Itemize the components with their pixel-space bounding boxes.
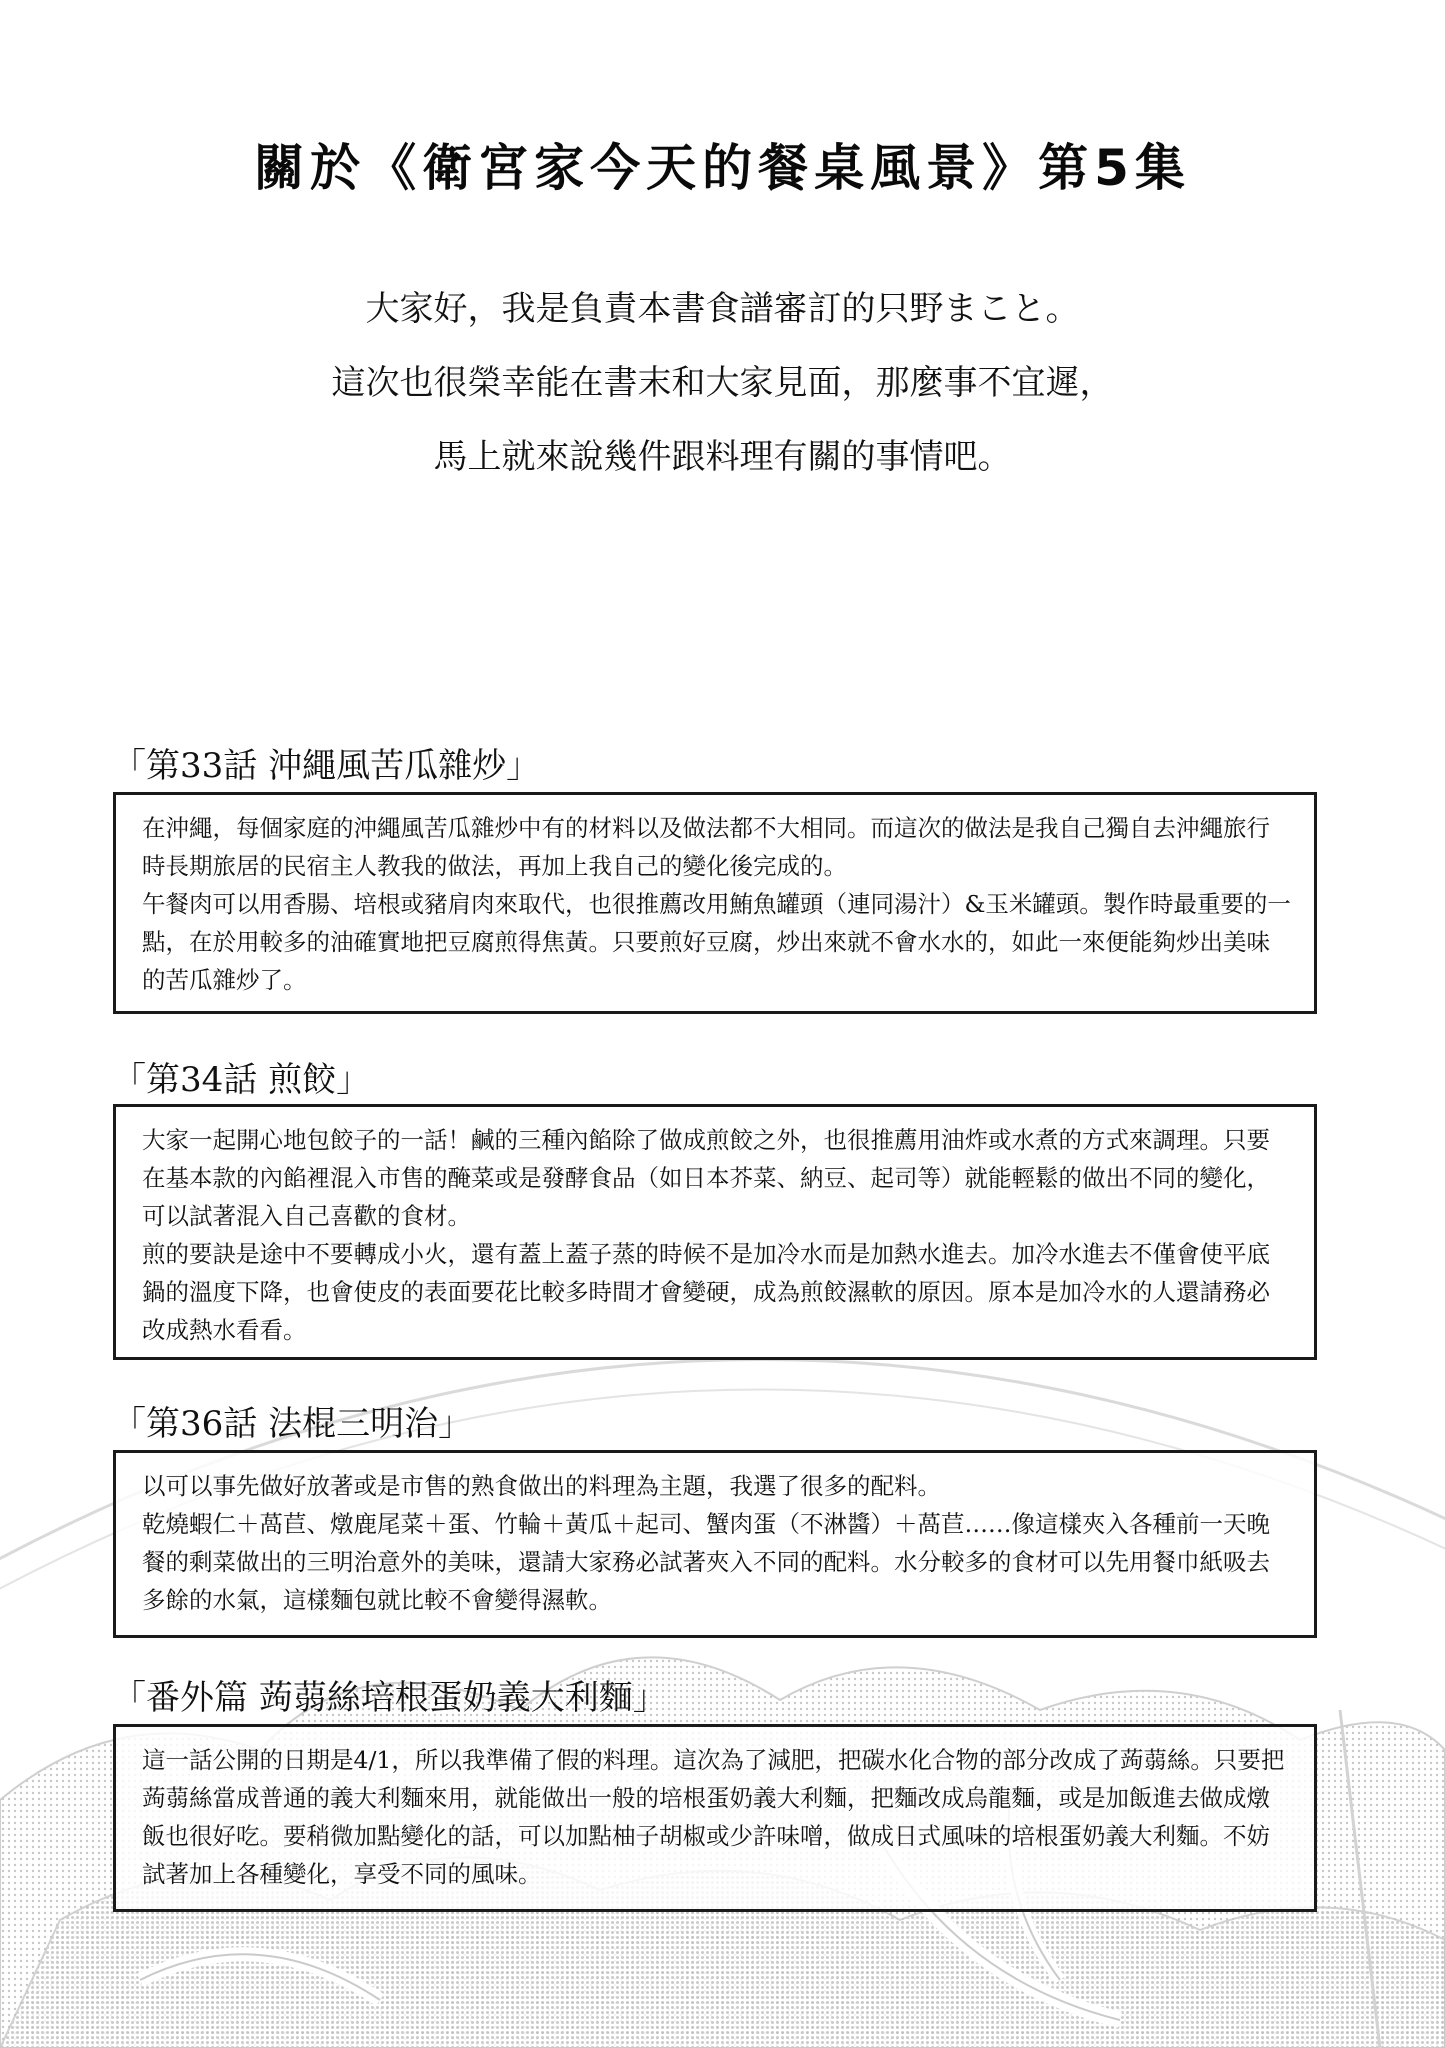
intro-line: 這次也很榮幸能在書末和大家見面，那麼事不宜遲，: [0, 346, 1445, 420]
section-heading-episode-33: 「第33話 沖繩風苦瓜雜炒」: [112, 738, 540, 787]
section-paragraph: 乾燒蝦仁＋萵苣、燉鹿尾菜＋蛋、竹輪＋黃瓜＋起司、蟹肉蛋（不淋醬）＋萵苣……像這樣…: [142, 1505, 1292, 1619]
section-heading-episode-36: 「第36話 法棍三明治」: [112, 1396, 472, 1445]
section-box-episode-34: 大家一起開心地包餃子的一話！鹹的三種內餡除了做成煎餃之外，也很推薦用油炸或水煮的…: [113, 1104, 1317, 1360]
section-box-extra-episode: 這一話公開的日期是4/1，所以我準備了假的料理。這次為了減肥，把碳水化合物的部分…: [113, 1724, 1317, 1912]
section-paragraph: 以可以事先做好放著或是市售的熟食做出的料理為主題，我選了很多的配料。: [142, 1467, 1292, 1505]
section-paragraph: 午餐肉可以用香腸、培根或豬肩肉來取代，也很推薦改用鮪魚罐頭（連同湯汁）&玉米罐頭…: [142, 885, 1292, 999]
section-heading-episode-34: 「第34話 煎餃」: [112, 1052, 370, 1101]
intro-line: 大家好，我是負責本書食譜審訂的只野まこと。: [0, 272, 1445, 346]
section-paragraph: 煎的要訣是途中不要轉成小火，還有蓋上蓋子蒸的時候不是加冷水而是加熱水進去。加冷水…: [142, 1235, 1292, 1349]
section-box-episode-36: 以可以事先做好放著或是市售的熟食做出的料理為主題，我選了很多的配料。 乾燒蝦仁＋…: [113, 1450, 1317, 1638]
section-heading-extra-episode: 「番外篇 蒟蒻絲培根蛋奶義大利麵」: [112, 1670, 667, 1719]
section-box-episode-33: 在沖繩，每個家庭的沖繩風苦瓜雜炒中有的材料以及做法都不大相同。而這次的做法是我自…: [113, 792, 1317, 1014]
page-title: 關於《衛宮家今天的餐桌風景》第5集: [0, 128, 1445, 200]
section-paragraph: 在沖繩，每個家庭的沖繩風苦瓜雜炒中有的材料以及做法都不大相同。而這次的做法是我自…: [142, 809, 1292, 885]
intro-line: 馬上就來說幾件跟料理有關的事情吧。: [0, 420, 1445, 494]
section-paragraph: 大家一起開心地包餃子的一話！鹹的三種內餡除了做成煎餃之外，也很推薦用油炸或水煮的…: [142, 1121, 1292, 1235]
intro-text: 大家好，我是負責本書食譜審訂的只野まこと。 這次也很榮幸能在書末和大家見面，那麼…: [0, 272, 1445, 494]
section-paragraph: 這一話公開的日期是4/1，所以我準備了假的料理。這次為了減肥，把碳水化合物的部分…: [142, 1741, 1292, 1893]
